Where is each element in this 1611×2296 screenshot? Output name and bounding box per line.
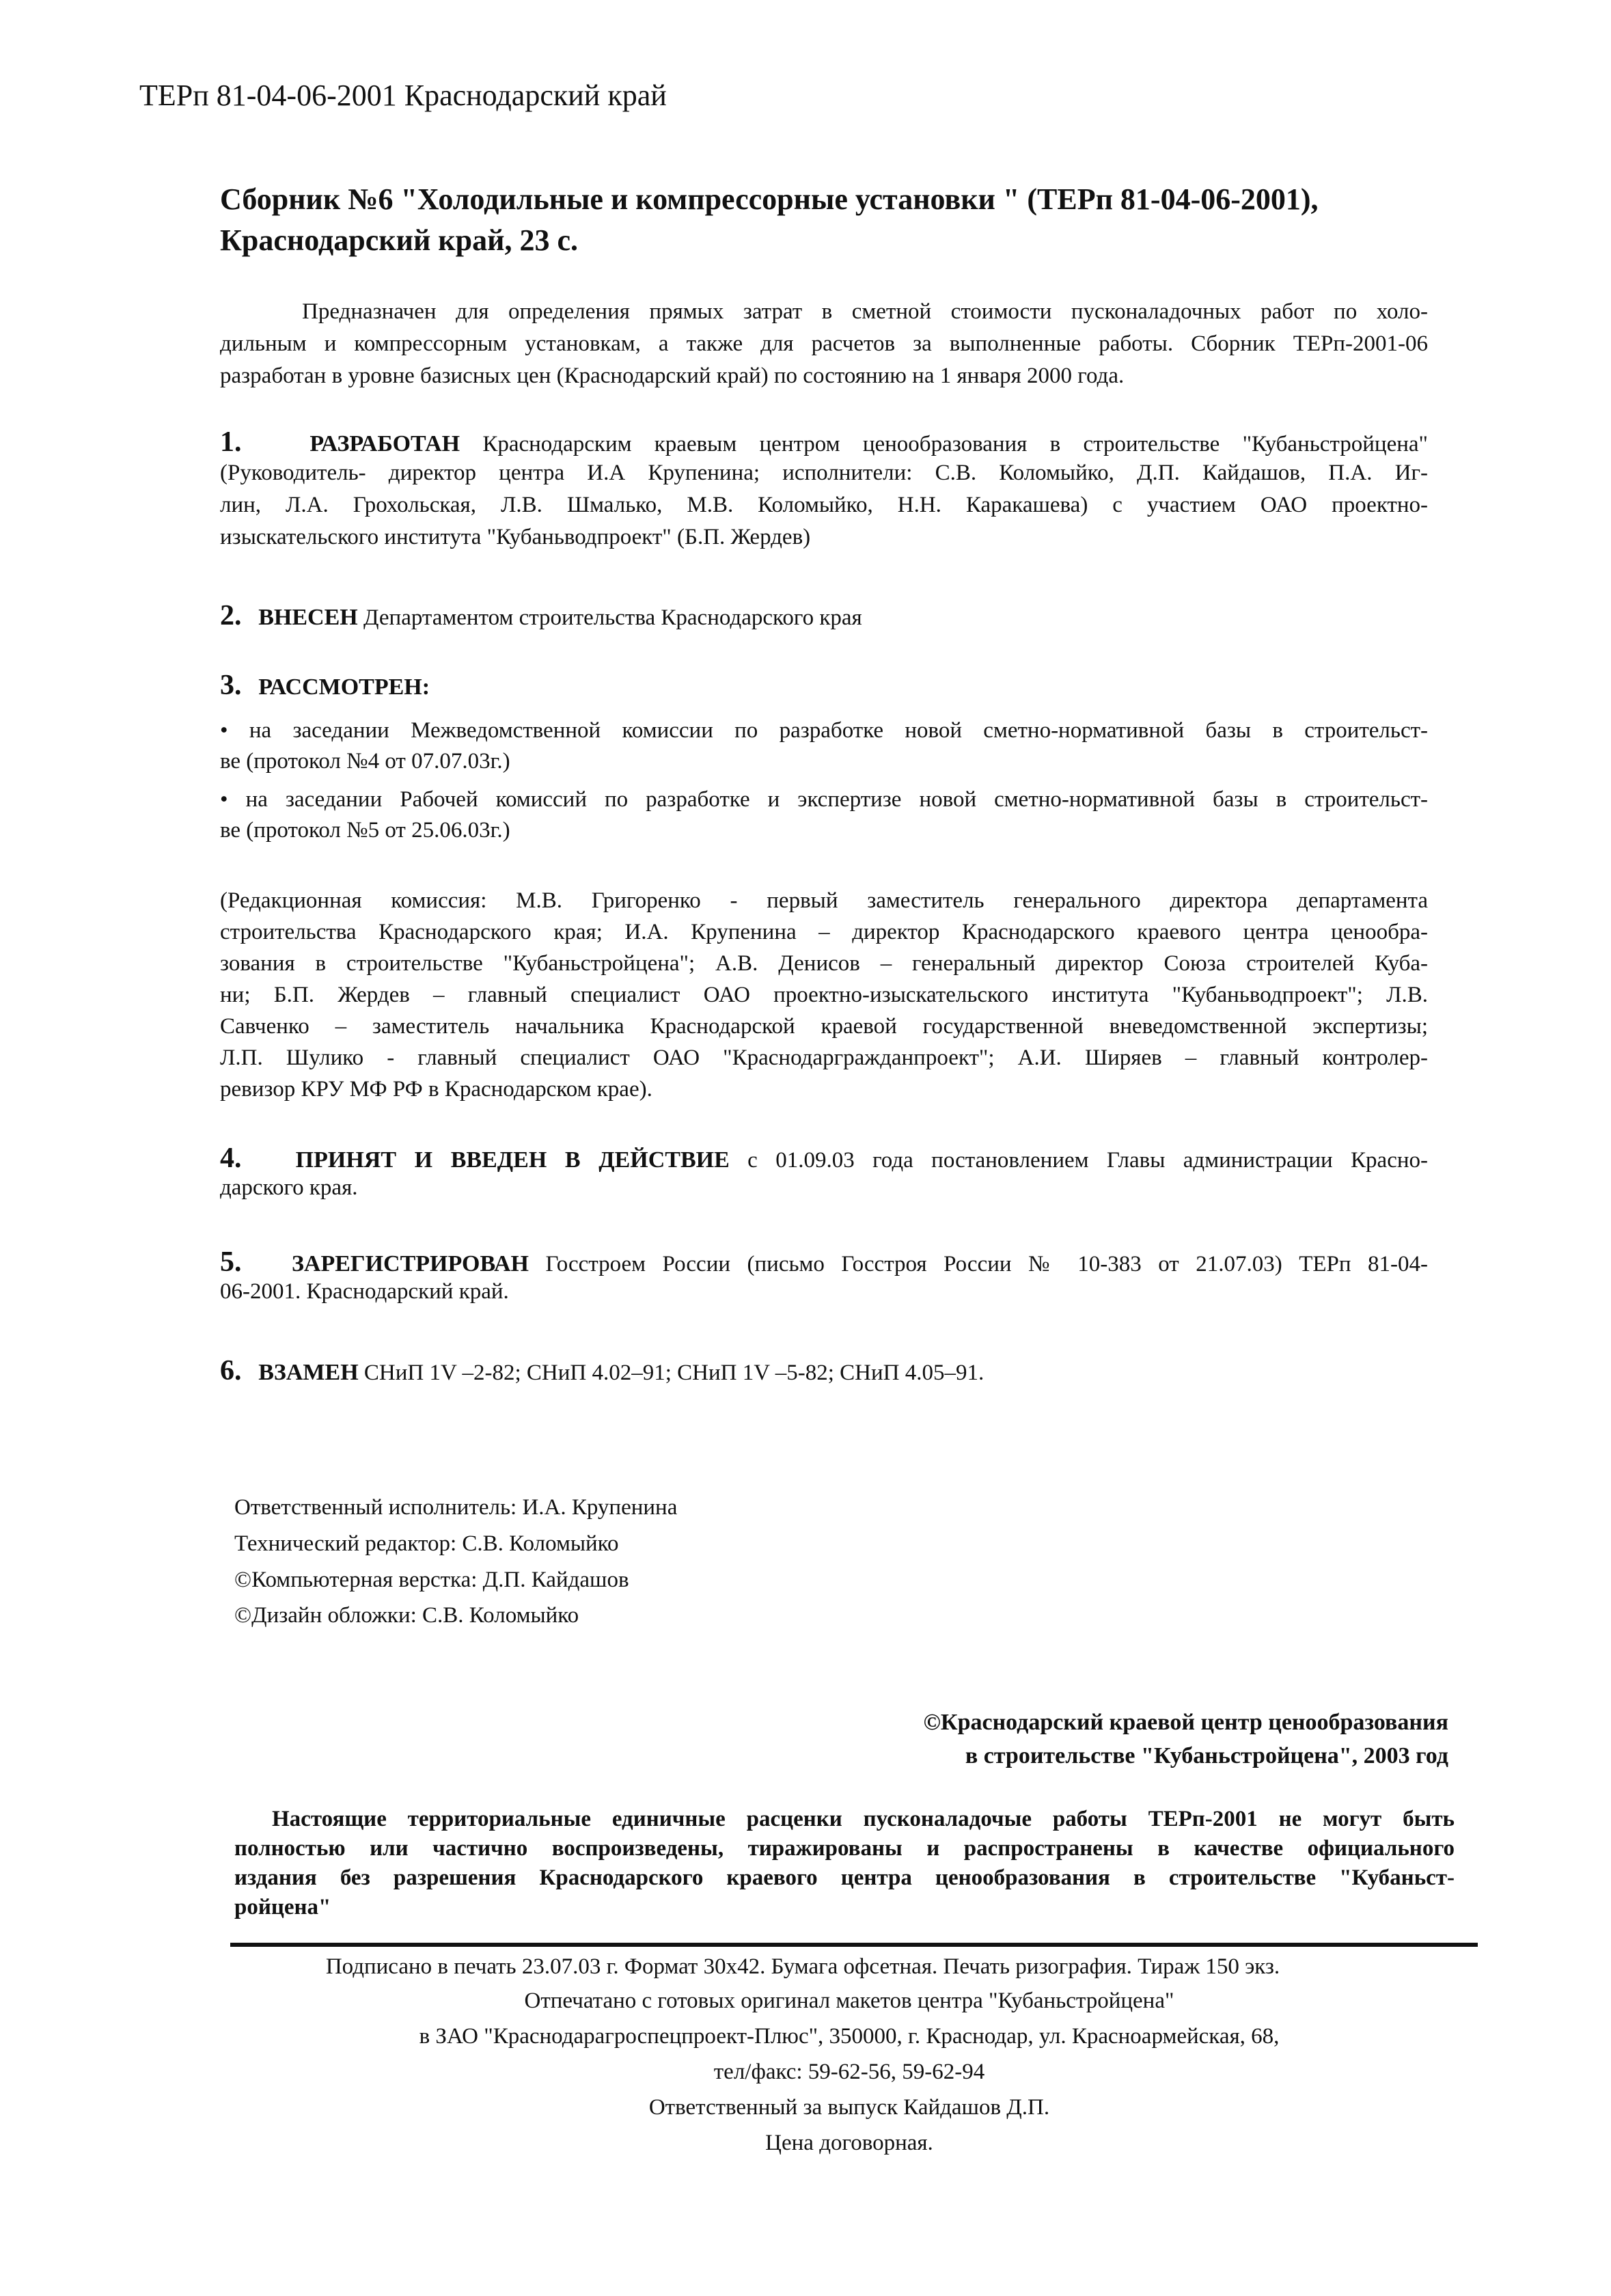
credit-line: Ответственный исполнитель: И.А. Крупенин… [234, 1496, 677, 1519]
section-keyword: ВЗАМЕН [258, 1360, 358, 1385]
bullet-text: на заседании Рабочей комиссий по разрабо… [246, 787, 1428, 812]
section-line: 06-2001. Краснодарский край. [220, 1281, 1428, 1303]
bullet-continuation: ве (протокол №4 от 07.07.03г.) [220, 750, 1428, 773]
copyright-line: в строительстве "Кубаньстройцена", 2003 … [965, 1745, 1448, 1768]
section-text: Краснодарским краевым центром ценообразо… [482, 432, 1428, 456]
notice-line: ройцена" [234, 1896, 1455, 1919]
document-title-line-2: Краснодарский край, 23 с. [220, 225, 578, 256]
intro-line: дильным и компрессорным установкам, а та… [220, 333, 1428, 355]
intro-line: Предназначен для определения прямых затр… [302, 301, 1428, 323]
imprint-line: Подписано в печать 23.07.03 г. Формат 30… [0, 1956, 1606, 1978]
imprint-line: в ЗАО "Краснодарагроспецпроект-Плюс", 35… [0, 2025, 1611, 2048]
section-number: 5. [220, 1246, 242, 1278]
editorial-line: (Редакционная комиссия: М.В. Григоренко … [220, 890, 1428, 912]
section-keyword: РАССМОТРЕН: [258, 674, 430, 700]
editorial-line: ни; Б.П. Жердев – главный специалист ОАО… [220, 984, 1428, 1007]
credit-line: Технический редактор: С.В. Коломыйко [234, 1533, 619, 1555]
running-header: ТЕРп 81-04-06-2001 Краснодарский край [139, 81, 667, 111]
bullet-icon: • [220, 787, 228, 812]
section-keyword: РАЗРАБОТАН [309, 431, 460, 456]
editorial-line: ревизор КРУ МФ РФ в Краснодарском крае). [220, 1078, 1428, 1101]
bullet-continuation: ве (протокол №5 от 25.06.03г.) [220, 819, 1428, 842]
imprint-line: Ответственный за выпуск Кайдашов Д.П. [0, 2096, 1611, 2119]
section-text: Госстроем России (письмо Госстроя России… [546, 1252, 1428, 1276]
section-number: 2. [220, 600, 242, 631]
notice-line: издания без разрешения Краснодарского кр… [234, 1867, 1455, 1889]
copyright-line: ©Краснодарский краевой центр ценообразов… [924, 1711, 1448, 1734]
section-keyword: ЗАРЕГИСТРИРОВАН [292, 1251, 529, 1276]
bullet-text: на заседании Межведомственной комиссии п… [249, 718, 1428, 743]
bullet-item: • на заседании Рабочей комиссий по разра… [220, 789, 1428, 811]
section-keyword: ВНЕСЕН [258, 605, 357, 630]
section-number: 1. [220, 426, 242, 458]
section-text: с 01.09.03 года постановлением Главы адм… [747, 1148, 1428, 1173]
section-number: 4. [220, 1143, 242, 1174]
section-number: 6. [220, 1355, 242, 1386]
imprint-line: тел/факс: 59-62-56, 59-62-94 [0, 2061, 1611, 2083]
section-line: дарского края. [220, 1177, 1428, 1199]
editorial-line: Савченко – заместитель начальника Красно… [220, 1015, 1428, 1038]
section-line: (Руководитель- директор центра И.А Крупе… [220, 462, 1428, 484]
section-number: 3. [220, 670, 242, 701]
notice-line: полностью или частично воспроизведены, т… [234, 1837, 1455, 1860]
credit-line: ©Дизайн обложки: С.В. Коломыйко [234, 1604, 579, 1627]
section-line: изыскательского института "Кубаньводпрое… [220, 526, 1428, 549]
editorial-line: строительства Краснодарского края; И.А. … [220, 921, 1428, 944]
section-text: СНиП 1V –2-82; СНиП 4.02–91; СНиП 1V –5-… [364, 1361, 984, 1385]
section-text: Департаментом строительства Краснодарско… [363, 605, 862, 630]
notice-line: Настоящие территориальные единичные расц… [272, 1808, 1455, 1831]
bullet-item: • на заседании Межведомственной комиссии… [220, 720, 1428, 742]
imprint-line: Цена договорная. [0, 2132, 1611, 2155]
imprint-divider [230, 1943, 1478, 1947]
bullet-icon: • [220, 718, 228, 743]
editorial-line: Л.П. Шулико - главный специалист ОАО "Кр… [220, 1047, 1428, 1069]
credit-line: ©Компьютерная верстка: Д.П. Кайдашов [234, 1569, 629, 1591]
intro-line: разработан в уровне базисных цен (Красно… [220, 365, 1428, 387]
document-title-line-1: Сборник №6 "Холодильные и компрессорные … [220, 184, 1319, 215]
imprint-line: Отпечатано с готовых оригинал макетов це… [0, 1990, 1611, 2012]
section-keyword: ПРИНЯТ И ВВЕДЕН В ДЕЙСТВИЕ [296, 1147, 730, 1173]
section-line: лин, Л.А. Грохольская, Л.В. Шмалько, М.В… [220, 494, 1428, 517]
editorial-line: зования в строительстве "Кубаньстройцена… [220, 953, 1428, 975]
